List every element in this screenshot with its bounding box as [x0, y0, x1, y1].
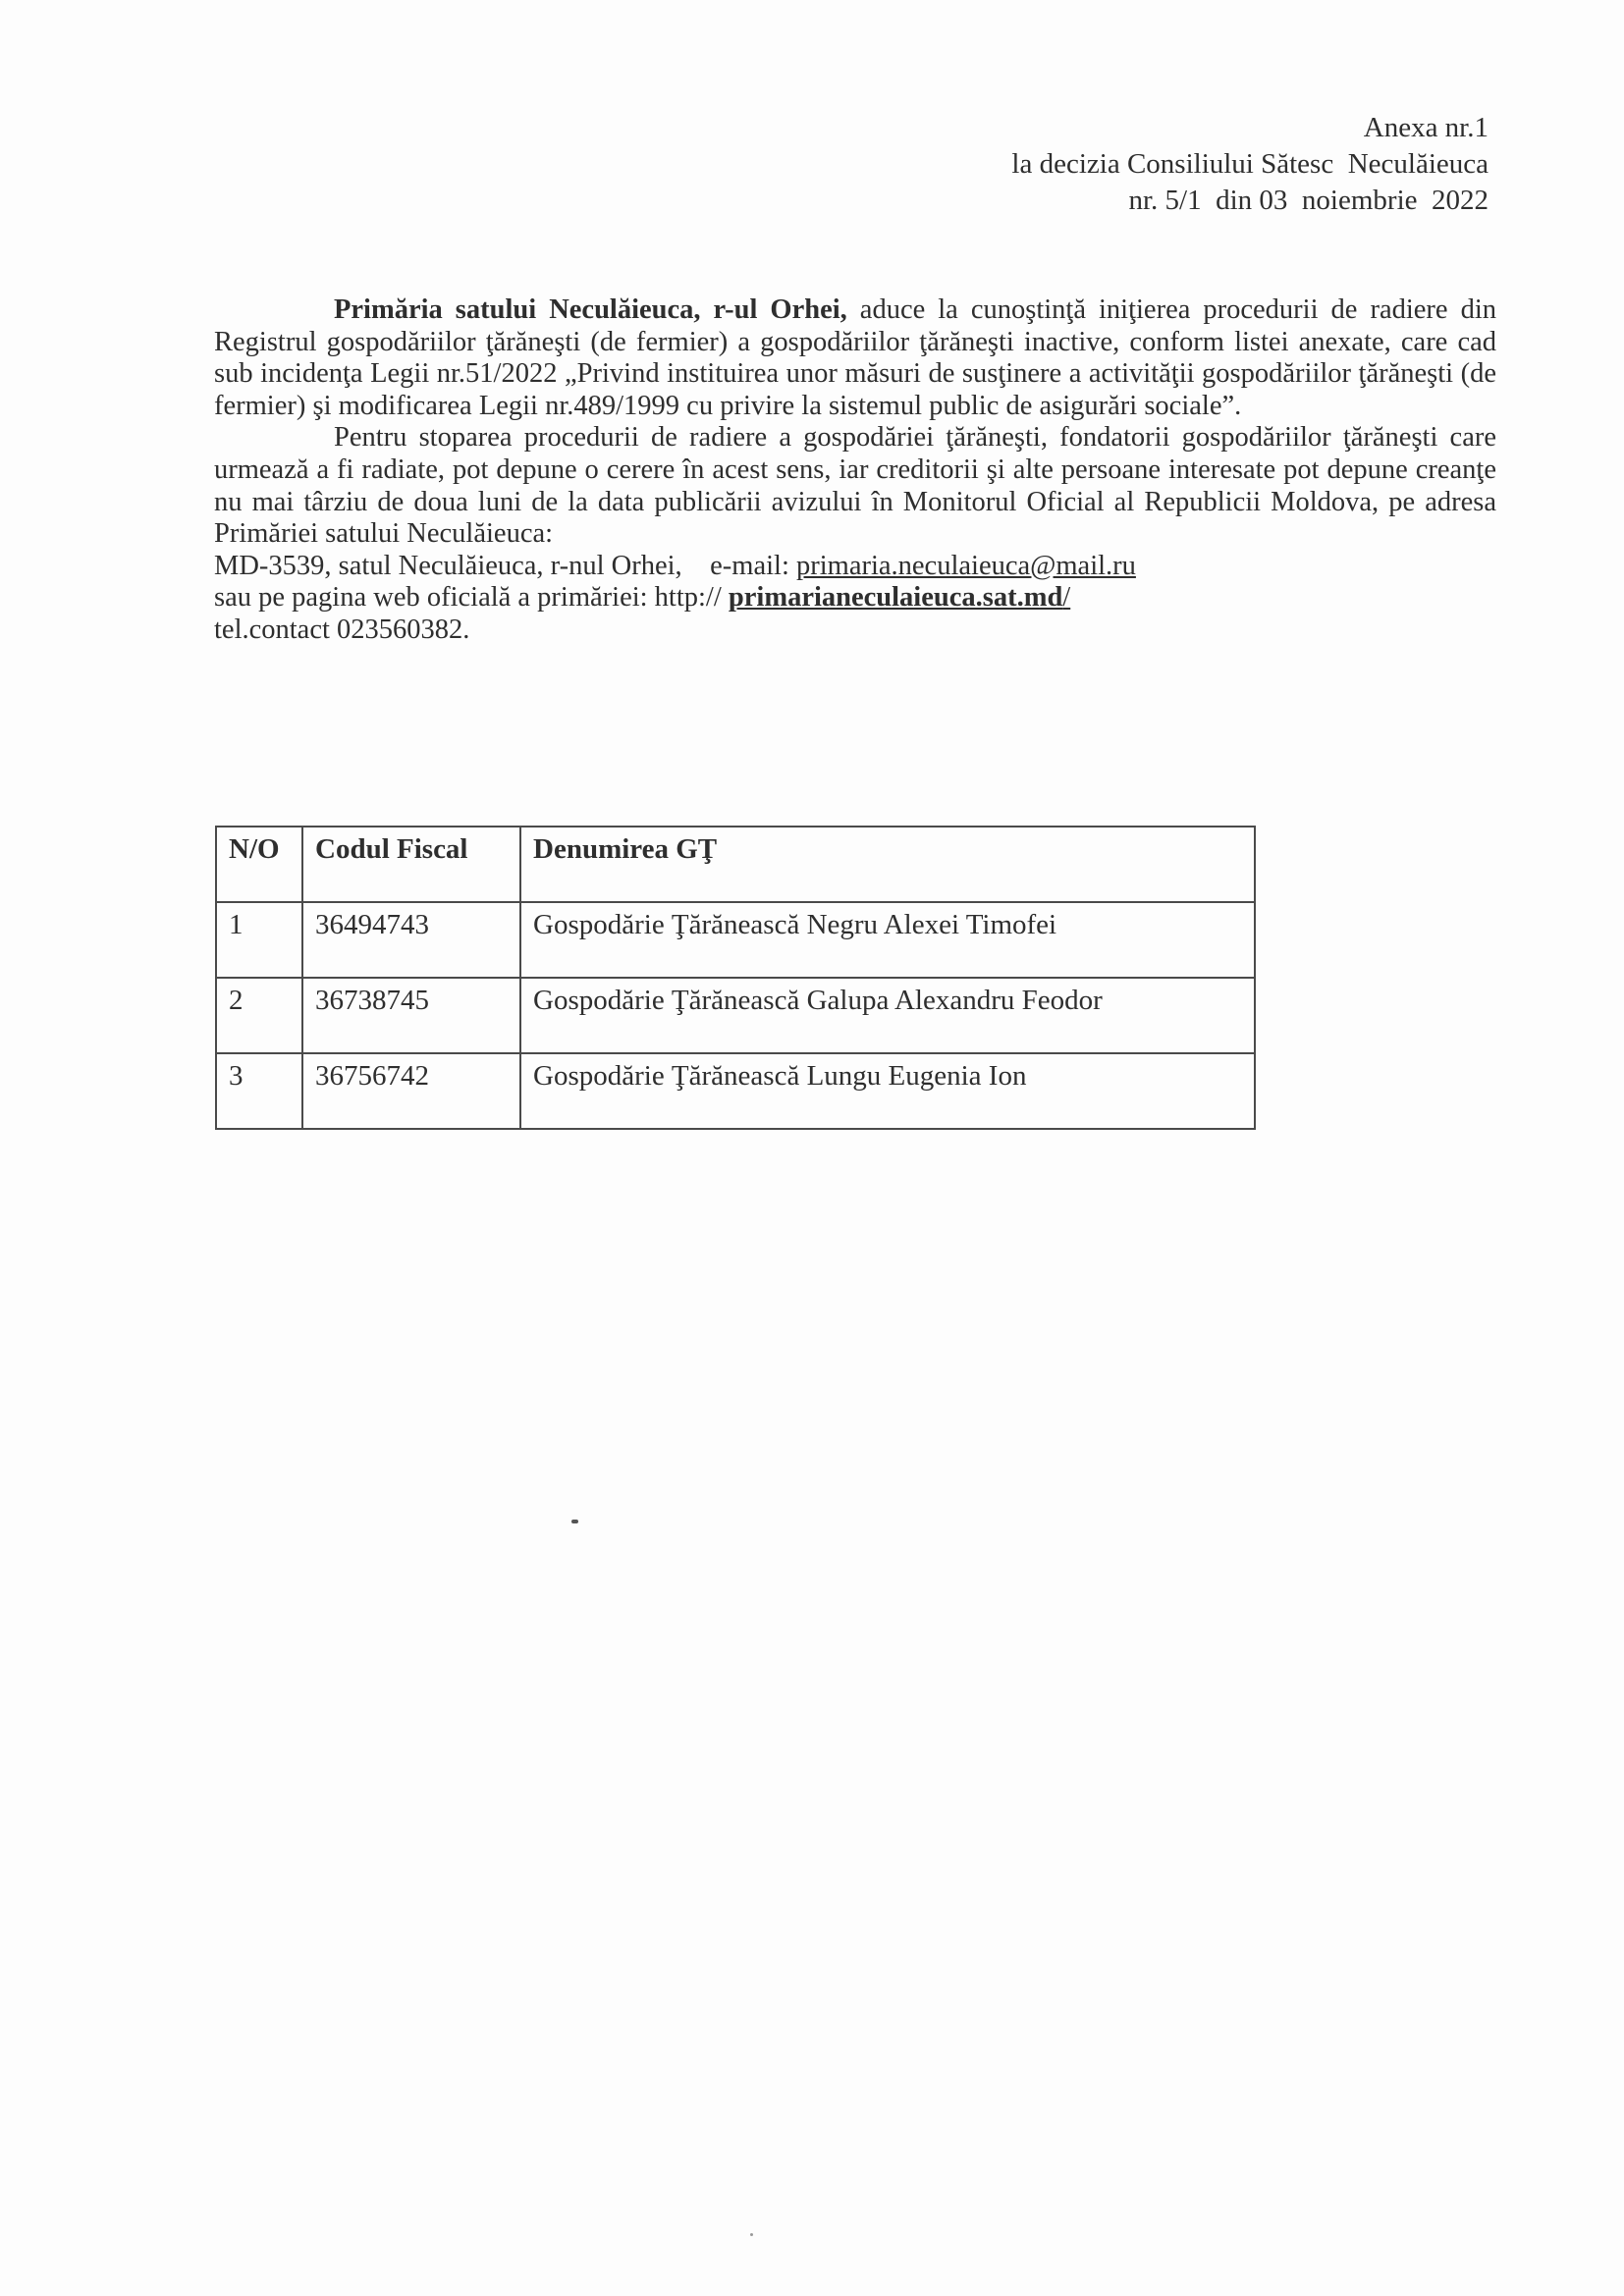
scan-speck	[571, 1520, 578, 1523]
household-name: Gospodărie Ţărănească Negru Alexei Timof…	[520, 902, 1255, 978]
table-row: 2 36738745 Gospodărie Ţărănească Galupa …	[216, 978, 1255, 1053]
phone-line: tel.contact 023560382.	[214, 614, 1496, 647]
row-number: 2	[216, 978, 302, 1053]
decision-reference: la decizia Consiliului Sătesc Neculăieuc…	[1011, 146, 1489, 183]
fiscal-code: 36756742	[302, 1053, 520, 1129]
paragraph-stop-procedure: Pentru stoparea procedurii de radiere a …	[214, 422, 1496, 550]
column-header-fiscal-code: Codul Fiscal	[302, 827, 520, 902]
fiscal-code: 36494743	[302, 902, 520, 978]
notice-body: Primăria satului Neculăieuca, r-ul Orhei…	[214, 294, 1496, 647]
row-number: 3	[216, 1053, 302, 1129]
table-header-row: N/O Codul Fiscal Denumirea GŢ	[216, 827, 1255, 902]
decision-number-date: nr. 5/1 din 03 noiembrie 2022	[1011, 183, 1489, 219]
email-link[interactable]: primaria.neculaieuca@mail.ru	[796, 551, 1136, 581]
household-name: Gospodărie Ţărănească Galupa Alexandru F…	[520, 978, 1255, 1053]
web-line: sau pe pagina web oficială a primăriei: …	[214, 582, 1496, 614]
column-header-name: Denumirea GŢ	[520, 827, 1255, 902]
household-name: Gospodărie Ţărănească Lungu Eugenia Ion	[520, 1053, 1255, 1129]
fiscal-code: 36738745	[302, 978, 520, 1053]
row-number: 1	[216, 902, 302, 978]
website-link[interactable]: primarianeculaieuca.sat.md	[729, 582, 1062, 613]
scan-speck	[750, 2233, 753, 2236]
annex-number: Anexa nr.1	[1011, 110, 1489, 146]
table-row: 1 36494743 Gospodărie Ţărănească Negru A…	[216, 902, 1255, 978]
paragraph-initiation: Primăria satului Neculăieuca, r-ul Orhei…	[214, 294, 1496, 422]
column-header-number: N/O	[216, 827, 302, 902]
table-row: 3 36756742 Gospodărie Ţărănească Lungu E…	[216, 1053, 1255, 1129]
inactive-households-table: N/O Codul Fiscal Denumirea GŢ 1 36494743…	[215, 826, 1256, 1130]
postal-address: MD-3539, satul Neculăieuca, r-nul Orhei,…	[214, 551, 796, 581]
address-line: MD-3539, satul Neculăieuca, r-nul Orhei,…	[214, 551, 1496, 583]
issuer-name: Primăria satului Neculăieuca, r-ul Orhei…	[334, 294, 847, 325]
annex-header: Anexa nr.1 la decizia Consiliului Sătesc…	[1011, 110, 1489, 219]
